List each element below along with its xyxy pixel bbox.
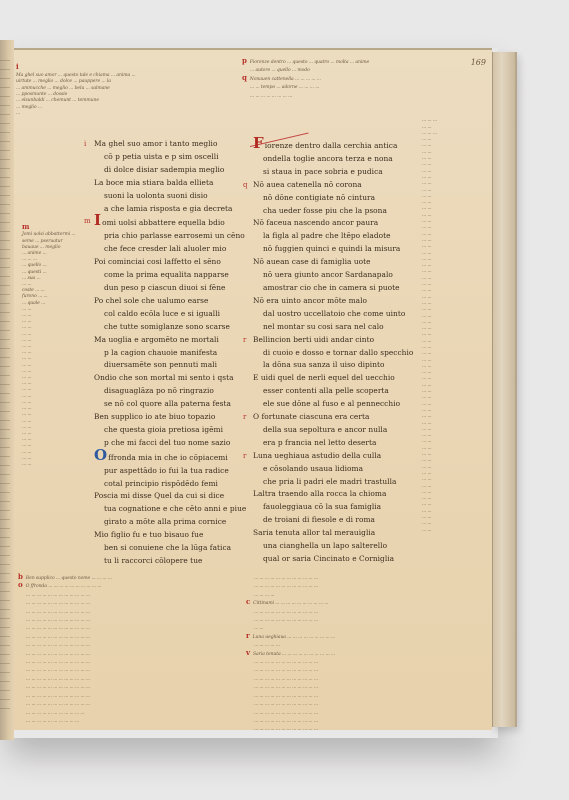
verse-text: a che lamia risposta e gia decreta: [104, 204, 232, 213]
gloss-text: ... ... ... ... ... ... ... ... ... ... …: [26, 702, 90, 707]
gloss-text: ... ... ... ... ... ... ... ... ... ... …: [254, 711, 318, 716]
verse-line: p che mi facci del tuo nome sazio: [94, 437, 246, 450]
verse-line: Mio figlio fu e tuo bisauo fue: [94, 529, 246, 542]
gloss-line: ... ... ... ... ... ... ... ... ... ... …: [246, 700, 482, 708]
gloss-line: ... ... ... ... ... ... ... ... ... ...: [18, 717, 248, 725]
verse-line: dun peso p ciascun diuoi si fēne: [94, 282, 246, 295]
verse-text: p che mi facci del tuo nome sazio: [104, 438, 230, 447]
verse-text: e cōsolando usaua lidioma: [263, 464, 363, 473]
gloss-text: ... ... ... ... ... ... ... ... ... ... …: [26, 593, 90, 598]
gloss-line: ... ... ... ... ... ... ... ... ... ... …: [246, 725, 482, 730]
verse-text: E uidi quel de nerli equel del uecchio: [253, 373, 395, 382]
gloss-line: ... ... tempo ... adorne ... ... ... ...: [242, 83, 482, 91]
verse-text: disaguaglāza po nō ringrazio: [104, 386, 214, 395]
gloss-text: ... ... tempo ... adorne ... ... ... ...: [250, 85, 319, 90]
verse-text: dal uostro uccellatoio che come uinto: [263, 309, 405, 318]
gloss-text: ... ... ... ...: [254, 593, 274, 598]
gloss-text: Ma ghel suo amor ... questo tale e chiam…: [16, 73, 136, 116]
gloss-line: ... ... ... ... ... ... ... ... ... ... …: [246, 683, 482, 691]
verse-line: Ma uoglia e argomēto ne mortali: [94, 334, 246, 347]
rubric-marker: q: [243, 179, 248, 192]
right-margin-gloss: ... ... ... ... ... ... ... ... ... ... …: [422, 112, 488, 534]
verse-line: p la cagion chauoie manifesta: [94, 347, 246, 360]
verse-line: come la prima equalita napparse: [94, 269, 246, 282]
verse-line: cotal principio rispōdēdo femi: [94, 478, 246, 491]
verse-line: Po chel sole che ualumo earse: [94, 295, 246, 308]
gloss-line: ... ... ... ... ... ... ... ... ... ... …: [246, 608, 482, 616]
verse-line: rO fortunate ciascuna era certa: [253, 411, 413, 424]
verse-text: che questa gioia pretiosa igēmi: [104, 425, 223, 434]
verse-column-right: Fiorenze dentro dalla cerchia anticaonde…: [253, 138, 413, 566]
gloss-text: ... ... ... ... ... ... ... ... ... ... …: [254, 576, 318, 581]
verse-text: Luna ueghiaua astudio della culla: [253, 451, 381, 460]
gloss-text: ... ... ... ... ...: [254, 643, 280, 648]
top-gloss-left: i Ma ghel suo amor ... questo tale e chi…: [16, 58, 236, 118]
verse-text: Ma uoglia e argomēto ne mortali: [94, 335, 219, 344]
verse-text: omi uolsi abbattere equella bdio: [102, 218, 225, 227]
gloss-text: O ffronda ... ... ... ... ... ... ... ..…: [26, 584, 102, 589]
manuscript-page: 169 i Ma ghel suo amor ... questo tale e…: [6, 48, 492, 730]
verse-line: di dolce disiar sadempia meglio: [94, 164, 246, 177]
verse-text: cha ueder fosse piu che la psona: [263, 206, 387, 215]
verse-line: se nō col quore alla paterna festa: [94, 398, 246, 411]
verse-line: nō fuggien quinci e quindi la misura: [253, 243, 413, 256]
verse-text: Nō faceua nascendo ancor paura: [253, 218, 378, 227]
gloss-line: ... ... ... ... ... ... ... ... ... ... …: [18, 599, 248, 607]
verse-text: Po chel sole che ualumo earse: [94, 296, 208, 305]
gloss-line: ... ... ... ... ... ... ... ... ... ... …: [246, 666, 482, 674]
gloss-text: Cittinami ... ... ... ... ... ... ... ..…: [253, 601, 328, 606]
verse-text: che tutte somiglanze sono scarse: [104, 322, 230, 331]
verse-text: diuersamēte son pennuti mali: [104, 360, 217, 369]
gloss-text: Nonauen cattenella ... ... ... ... ...: [250, 77, 321, 82]
rubric-marker: m: [84, 215, 91, 228]
verse-line: la figla al padre che ltēpo eladote: [253, 230, 413, 243]
verse-line: nō dōne contigiate nō cintura: [253, 192, 413, 205]
gloss-line: ... ... ... ... ... ... ... ... ... ... …: [246, 717, 482, 725]
verse-text: de troiani di fiesole e di roma: [263, 515, 375, 524]
gloss-text: ... ... ... ... ... ... ... ... ... ... …: [254, 727, 318, 730]
gloss-text: ... ... ... ... ... ... ... ... ... ...: [26, 719, 79, 724]
verse-line: Nō era uinto ancor mōte malo: [253, 295, 413, 308]
gloss-line: ... ... ... ... ... ... ... ... ... ... …: [246, 616, 482, 624]
verse-text: come la prima equalita napparse: [104, 270, 229, 279]
verse-text: di cuoio e dosso e tornar dallo specchio: [263, 348, 413, 357]
verse-line: Ben supplico io ate biuo topazio: [94, 411, 246, 424]
verse-line: si staua in pace sobria e pudica: [253, 166, 413, 179]
gloss-text: Jomi uolsi abbattermi ... seme ... pseru…: [22, 232, 76, 467]
verse-text: tua cognatione e che cēto anni e piue: [104, 504, 246, 513]
verse-line: esser contenti alla pelle scoperta: [253, 385, 413, 398]
verse-line: col caldo ecōla luce e si igualli: [94, 308, 246, 321]
gloss-text: ... ... ... ... ... ... ... ... ... ... …: [26, 660, 90, 665]
gloss-text: ... ... ... ... ... ... ... ... ... ... …: [254, 702, 318, 707]
verse-line: suoni la uolonta suoni disio: [94, 190, 246, 203]
verse-text: La boce mia stiara balda ellieta: [94, 178, 213, 187]
verse-text: pur aspettādo io fui la tua radice: [104, 466, 229, 475]
decorated-initial: I: [94, 215, 101, 225]
verse-text: girato a mōte alla prima cornice: [104, 517, 226, 526]
gloss-line: cCittinami ... ... ... ... ... ... ... .…: [246, 599, 482, 607]
verse-text: nō fuggien quinci e quindi la misura: [263, 244, 400, 253]
verse-text: iorenze dentro dalla cerchia antica: [265, 141, 398, 150]
verse-text: Saria tenuta allor tal merauiglia: [253, 528, 375, 537]
verse-text: ele sue dōne al fuso e al pennecchio: [263, 399, 400, 408]
gloss-line: ... ... ... ... ... ... ... ... ... ... …: [18, 624, 248, 632]
verse-line: qNō auea catenella nō corona: [253, 179, 413, 192]
gloss-text: ... ... ... ... ... ... ... ... ... ... …: [254, 618, 318, 623]
verse-line: nō uera giunto ancor Sardanapalo: [253, 269, 413, 282]
gloss-line: oO ffronda ... ... ... ... ... ... ... .…: [18, 582, 248, 590]
verse-text: cotal principio rispōdēdo femi: [104, 479, 218, 488]
gloss-text: Ben supplico ... questo nome ... ... ...…: [26, 576, 112, 581]
verse-text: che fece cresder lali aluoler mio: [104, 244, 226, 253]
verse-text: qual or saria Cincinato e Corniglia: [263, 554, 394, 563]
verse-line: era p francia nel letto deserta: [253, 437, 413, 450]
verse-line: mIomi uolsi abbattere equella bdio: [94, 215, 246, 230]
verse-line: ondella toglie ancora terza e nona: [253, 153, 413, 166]
verse-text: esser contenti alla pelle scoperta: [263, 386, 389, 395]
gloss-text: Saria tenuta ... ... ... ... ... ... ...…: [253, 652, 335, 657]
verse-text: cō p petia uista e p sim oscelli: [104, 152, 219, 161]
verse-text: di dolce disiar sadempia meglio: [104, 165, 224, 174]
verse-line: ben si conuiene che la lūga fatica: [94, 542, 246, 555]
rubric-marker: c: [246, 597, 250, 606]
rubric-marker: r: [246, 631, 250, 640]
binding-stitching: [0, 60, 10, 710]
verse-text: p la cagion chauoie manifesta: [104, 348, 217, 357]
gloss-text: ... ... ... ... ... ... ... ... ... ... …: [26, 601, 90, 606]
bottom-gloss-right: ... ... ... ... ... ... ... ... ... ... …: [246, 574, 482, 730]
verse-line: e cōsolando usaua lidioma: [253, 463, 413, 476]
gloss-line: ... ... ... ... ... ... ... ... ... ... …: [246, 658, 482, 666]
gloss-text: ... ... ... ... ... ... ... ...: [250, 94, 292, 99]
gloss-line: ... ... ... ... ... ... ... ... ... ... …: [18, 709, 248, 717]
verse-text: che pria li padri ele madri trastulla: [263, 477, 396, 486]
verse-line: qual or saria Cincinato e Corniglia: [253, 553, 413, 566]
verse-text: ondella toglie ancora terza e nona: [263, 154, 393, 163]
rubric-marker: q: [242, 73, 247, 82]
verse-text: ffronda mia in che io cōpiacemi: [108, 453, 228, 462]
gloss-line: ... ... ... ... ...: [246, 641, 482, 649]
gloss-line: ... ... ... ... ... ... ... ... ... ... …: [18, 641, 248, 649]
rubric-marker: o: [18, 580, 23, 589]
verse-line: la dōna sua sanza il uiso dipinto: [253, 359, 413, 372]
verse-text: pria chio parlasse earrosemi un cēno: [104, 231, 245, 240]
rubric-marker: i: [16, 62, 19, 71]
verse-line: Poi cominciai cosi laffetto el sēno: [94, 256, 246, 269]
verse-line: una cianghella un lapo salterello: [253, 540, 413, 553]
verse-line: ele sue dōne al fuso e al pennecchio: [253, 398, 413, 411]
gloss-text: Luna ueghiaua ... ... ... ... ... ... ..…: [253, 635, 335, 640]
verse-line: Ondio che son mortal mi sento i qsta: [94, 372, 246, 385]
verse-text: dun peso p ciascun diuoi si fēne: [104, 283, 225, 292]
verse-line: rLuna ueghiaua astudio della culla: [253, 450, 413, 463]
gloss-line: ... ... ... ... ... ... ... ...: [242, 92, 482, 100]
verse-text: Poscia mi disse Quel da cui si dice: [94, 491, 224, 500]
gloss-text: ... ... ... ... ... ... ... ... ... ... …: [26, 677, 90, 682]
verse-line: de troiani di fiesole e di roma: [253, 514, 413, 527]
gloss-text: ... ... ... ... ... ... ... ... ... ... …: [254, 685, 318, 690]
verse-line: che questa gioia pretiosa igēmi: [94, 424, 246, 437]
gloss-line: ... ... ... ... ... ... ... ... ... ... …: [18, 692, 248, 700]
verse-line: girato a mōte alla prima cornice: [94, 516, 246, 529]
gloss-line: rLuna ueghiaua ... ... ... ... ... ... .…: [246, 633, 482, 641]
gloss-line: ... ... ... ...: [246, 591, 482, 599]
gloss-text: ... ... ... ... ... ... ... ... ... ... …: [26, 635, 90, 640]
verse-text: Ben supplico io ate biuo topazio: [94, 412, 215, 421]
verse-column-left: iMa ghel suo amor i tanto megliocō p pet…: [94, 138, 246, 568]
gloss-text: ... ... ... ... ... ... ... ... ... ... …: [254, 660, 318, 665]
rubric-marker: p: [242, 56, 247, 65]
verse-text: nel montar su cosi sara nel calo: [263, 322, 384, 331]
gloss-text: ... ... ... ... ... ... ... ... ... ... …: [254, 677, 318, 682]
gloss-line: ... ... ... ... ... ... ... ... ... ... …: [18, 658, 248, 666]
verse-line: della sua sepoltura e ancor nulla: [253, 424, 413, 437]
gloss-text: ... ... ... ... ... ... ... ... ... ... …: [26, 626, 90, 631]
gloss-text: ... ... ... ... ... ... ... ... ... ... …: [26, 618, 90, 623]
gloss-line: ... ... ... ... ... ... ... ... ... ... …: [246, 692, 482, 700]
verse-line: diuersamēte son pennuti mali: [94, 359, 246, 372]
gloss-line: vSaria tenuta ... ... ... ... ... ... ..…: [246, 650, 482, 658]
verse-text: una cianghella un lapo salterello: [263, 541, 387, 550]
verse-text: era p francia nel letto deserta: [263, 438, 377, 447]
verse-line: iMa ghel suo amor i tanto meglio: [94, 138, 246, 151]
verse-line: Offronda mia in che io cōpiacemi: [94, 450, 246, 465]
verse-text: la dōna sua sanza il uiso dipinto: [263, 360, 385, 369]
bottom-gloss-left: bBen supplico ... questo nome ... ... ..…: [18, 574, 248, 725]
gloss-text: ... ... ... ... ... ... ... ... ... ... …: [254, 668, 318, 673]
verse-line: La boce mia stiara balda ellieta: [94, 177, 246, 190]
verse-text: nō dōne contigiate nō cintura: [263, 193, 375, 202]
gloss-text: ... ... ... ... ... ... ... ... ... ... …: [26, 652, 90, 657]
verse-text: Ma ghel suo amor i tanto meglio: [94, 139, 217, 148]
gloss-text: ... ... ... ... ... ... ... ... ... ... …: [254, 584, 318, 589]
verse-line: che fece cresder lali aluoler mio: [94, 243, 246, 256]
verse-text: O fortunate ciascuna era certa: [253, 412, 369, 421]
gloss-line: ... ... ... ... ... ... ... ... ... ... …: [246, 709, 482, 717]
gloss-line: ... autore ... quello ... modo: [242, 66, 482, 74]
gloss-line: bBen supplico ... questo nome ... ... ..…: [18, 574, 248, 582]
decorated-initial: O: [94, 450, 107, 460]
verse-text: Nō auea catenella nō corona: [253, 180, 362, 189]
verse-line: che pria li padri ele madri trastulla: [253, 476, 413, 489]
top-gloss-right: pFiorenze dentro ... questo ... quatro .…: [242, 58, 482, 100]
decorated-initial: F: [253, 138, 264, 148]
verse-text: Nō era uinto ancor mōte malo: [253, 296, 367, 305]
verse-line: Nō auean case di famiglia uote: [253, 256, 413, 269]
rubric-marker: r: [243, 411, 246, 424]
rubric-marker: v: [246, 648, 250, 657]
gloss-line: ... ... ... ... ... ... ... ... ... ... …: [18, 675, 248, 683]
gloss-text: ... ...: [254, 626, 264, 631]
verse-text: amostrar cio che in camera si puote: [263, 283, 400, 292]
verse-line: che tutte somiglanze sono scarse: [94, 321, 246, 334]
gloss-line: ... ... ... ... ... ... ... ... ... ... …: [246, 582, 482, 590]
verse-text: col caldo ecōla luce e si igualli: [104, 309, 220, 318]
verse-text: Nō auean case di famiglia uote: [253, 257, 371, 266]
gloss-text: ... ... ... ... ... ... ... ... ... ... …: [422, 118, 437, 532]
gloss-line: ... ...: [246, 624, 482, 632]
verse-line: disaguaglāza po nō ringrazio: [94, 385, 246, 398]
gloss-text: ... ... ... ... ... ... ... ... ... ... …: [254, 694, 318, 699]
verse-line: dal uostro uccellatoio che come uinto: [253, 308, 413, 321]
verse-line: pur aspettādo io fui la tua radice: [94, 465, 246, 478]
verse-line: Fiorenze dentro dalla cerchia antica: [253, 138, 413, 153]
verse-line: di cuoio e dosso e tornar dallo specchio: [253, 347, 413, 360]
gloss-line: ... ... ... ... ... ... ... ... ... ... …: [18, 608, 248, 616]
verse-line: E uidi quel de nerli equel del uecchio: [253, 372, 413, 385]
page-edge-right: [492, 52, 517, 727]
gloss-text: ... autore ... quello ... modo: [250, 68, 310, 73]
gloss-text: ... ... ... ... ... ... ... ... ... ... …: [26, 694, 90, 699]
gloss-text: ... ... ... ... ... ... ... ... ... ... …: [26, 610, 90, 615]
gloss-text: ... ... ... ... ... ... ... ... ... ... …: [254, 610, 318, 615]
verse-text: della sua sepoltura e ancor nulla: [263, 425, 387, 434]
verse-text: la figla al padre che ltēpo eladote: [263, 231, 391, 240]
verse-text: Laltra traendo alla rocca la chioma: [253, 489, 386, 498]
gloss-line: ... ... ... ... ... ... ... ... ... ... …: [18, 616, 248, 624]
verse-text: fauoleggiaua cō la sua famiglia: [263, 502, 381, 511]
rubric-marker: i: [84, 138, 86, 151]
verse-line: fauoleggiaua cō la sua famiglia: [253, 501, 413, 514]
verse-line: nel montar su cosi sara nel calo: [253, 321, 413, 334]
verse-text: ben si conuiene che la lūga fatica: [104, 543, 231, 552]
verse-text: tu li raccorci cōlopere tue: [104, 556, 202, 565]
gloss-line: ... ... ... ... ... ... ... ... ... ... …: [18, 650, 248, 658]
verse-line: cha ueder fosse piu che la psona: [253, 205, 413, 218]
gloss-text: ... ... ... ... ... ... ... ... ... ... …: [26, 685, 90, 690]
gloss-text: ... ... ... ... ... ... ... ... ... ... …: [254, 719, 318, 724]
verse-text: nō uera giunto ancor Sardanapalo: [263, 270, 393, 279]
gloss-line: ... ... ... ... ... ... ... ... ... ... …: [246, 675, 482, 683]
gloss-text: Fiorenze dentro ... questo ... quatro ..…: [250, 60, 369, 65]
gloss-text: ... ... ... ... ... ... ... ... ... ... …: [26, 711, 85, 716]
rubric-marker: m: [22, 222, 29, 231]
rubric-marker: r: [243, 450, 246, 463]
verse-line: Laltra traendo alla rocca la chioma: [253, 488, 413, 501]
verse-line: Saria tenuta allor tal merauiglia: [253, 527, 413, 540]
verse-line: rBellincion berti uidi andar cinto: [253, 334, 413, 347]
gloss-line: pFiorenze dentro ... questo ... quatro .…: [242, 58, 482, 66]
verse-line: pria chio parlasse earrosemi un cēno: [94, 230, 246, 243]
verse-text: Ondio che son mortal mi sento i qsta: [94, 373, 234, 382]
gloss-line: ... ... ... ... ... ... ... ... ... ... …: [18, 666, 248, 674]
verse-line: Nō faceua nascendo ancor paura: [253, 217, 413, 230]
verse-text: Poi cominciai cosi laffetto el sēno: [94, 257, 221, 266]
left-margin-gloss: m Jomi uolsi abbattermi ... seme ... pse…: [22, 218, 90, 468]
verse-line: amostrar cio che in camera si puote: [253, 282, 413, 295]
gloss-line: ... ... ... ... ... ... ... ... ... ... …: [18, 591, 248, 599]
verse-line: tua cognatione e che cēto anni e piue: [94, 503, 246, 516]
gloss-text: ... ... ... ... ... ... ... ... ... ... …: [26, 643, 90, 648]
verse-line: a che lamia risposta e gia decreta: [94, 203, 246, 216]
verse-line: tu li raccorci cōlopere tue: [94, 555, 246, 568]
gloss-line: qNonauen cattenella ... ... ... ... ...: [242, 75, 482, 83]
gloss-line: ... ... ... ... ... ... ... ... ... ... …: [18, 683, 248, 691]
verse-line: cō p petia uista e p sim oscelli: [94, 151, 246, 164]
gloss-line: ... ... ... ... ... ... ... ... ... ... …: [246, 574, 482, 582]
verse-text: Mio figlio fu e tuo bisauo fue: [94, 530, 203, 539]
verse-text: si staua in pace sobria e pudica: [263, 167, 383, 176]
verse-text: Bellincion berti uidi andar cinto: [253, 335, 374, 344]
gloss-text: ... ... ... ... ... ... ... ... ... ... …: [26, 668, 90, 673]
gloss-line: ... ... ... ... ... ... ... ... ... ... …: [18, 633, 248, 641]
verse-text: se nō col quore alla paterna festa: [104, 399, 231, 408]
rubric-marker: r: [243, 334, 246, 347]
verse-line: Poscia mi disse Quel da cui si dice: [94, 490, 246, 503]
verse-text: suoni la uolonta suoni disio: [104, 191, 208, 200]
gloss-line: ... ... ... ... ... ... ... ... ... ... …: [18, 700, 248, 708]
